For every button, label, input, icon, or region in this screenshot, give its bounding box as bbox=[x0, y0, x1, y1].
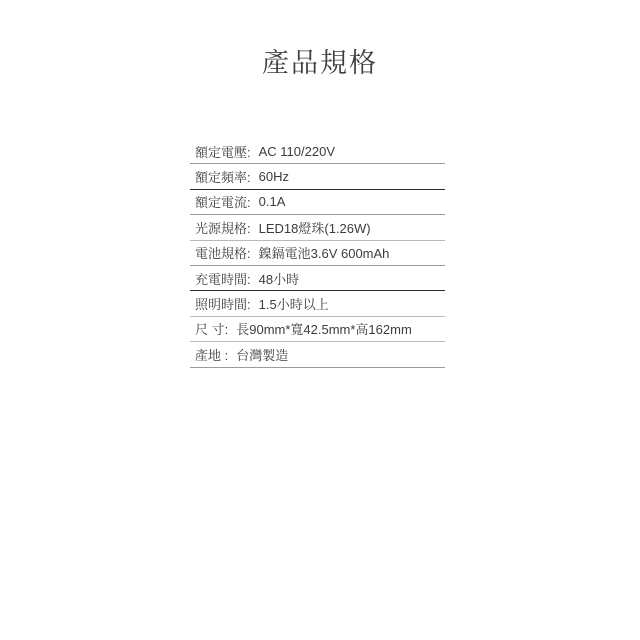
spec-value: 長90mm*寬42.5mm*高162mm bbox=[236, 319, 412, 338]
spec-row-battery: 電池規格: 鎳鎘電池3.6V 600mAh bbox=[190, 241, 445, 266]
spec-value: LED18燈珠(1.26W) bbox=[259, 218, 371, 237]
spec-label: 額定電壓: bbox=[195, 142, 251, 161]
spec-label: 產地 : bbox=[195, 345, 228, 364]
spec-table: 額定電壓: AC 110/220V 額定頻率: 60Hz 額定電流: 0.1A … bbox=[190, 139, 445, 368]
spec-row-origin: 產地 : 台灣製造 bbox=[190, 342, 445, 367]
spec-row-dimensions: 尺 寸: 長90mm*寬42.5mm*高162mm bbox=[190, 317, 445, 342]
spec-value: 48小時 bbox=[259, 269, 299, 288]
product-spec-page: 產品規格 額定電壓: AC 110/220V 額定頻率: 60Hz 額定電流: … bbox=[0, 0, 640, 640]
spec-label: 電池規格: bbox=[195, 243, 251, 262]
spec-label: 額定頻率: bbox=[195, 167, 251, 186]
spec-value: AC 110/220V bbox=[259, 144, 335, 159]
spec-value: 鎳鎘電池3.6V 600mAh bbox=[259, 243, 390, 262]
spec-row-light-source: 光源規格: LED18燈珠(1.26W) bbox=[190, 215, 445, 240]
spec-row-charge-time: 充電時間: 48小時 bbox=[190, 266, 445, 291]
spec-label: 尺 寸: bbox=[195, 319, 228, 338]
spec-value: 0.1A bbox=[259, 194, 286, 209]
spec-value: 60Hz bbox=[259, 169, 289, 184]
spec-row-rated-current: 額定電流: 0.1A bbox=[190, 190, 445, 215]
page-title: 產品規格 bbox=[0, 0, 640, 77]
spec-label: 照明時間: bbox=[195, 294, 251, 313]
spec-row-lighting-time: 照明時間: 1.5小時以上 bbox=[190, 291, 445, 316]
spec-label: 光源規格: bbox=[195, 218, 251, 237]
spec-label: 充電時間: bbox=[195, 269, 251, 288]
spec-value: 台灣製造 bbox=[236, 345, 288, 364]
spec-label: 額定電流: bbox=[195, 192, 251, 211]
spec-row-rated-frequency: 額定頻率: 60Hz bbox=[190, 164, 445, 189]
spec-row-rated-voltage: 額定電壓: AC 110/220V bbox=[190, 139, 445, 164]
spec-value: 1.5小時以上 bbox=[259, 294, 329, 313]
